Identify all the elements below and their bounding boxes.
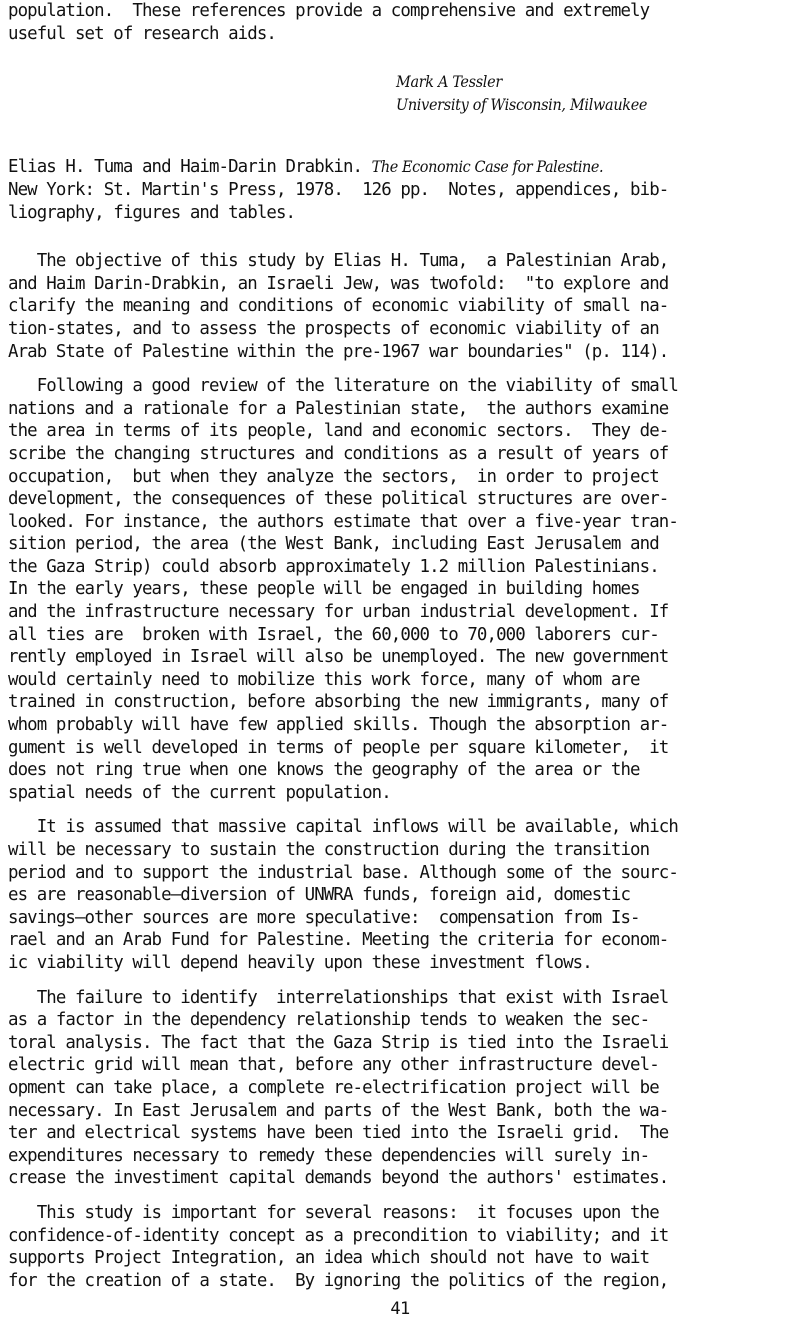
document-page: population. These references provide a c… [8,0,798,1292]
page-number: 41 [0,1299,800,1319]
text-line: and the infrastructure necessary for urb… [8,601,798,624]
text-line: the Gaza Strip) could absorb approximate… [8,556,798,579]
text-line: trained in construction, before absorbin… [8,691,798,714]
text-line: In the early years, these people will be… [8,578,798,601]
review-paragraph-1: The objective of this study by Elias H. … [8,250,798,363]
text-line: confidence-of-identity concept as a prec… [8,1225,798,1248]
text-line: ter and electrical systems have been tie… [8,1122,798,1145]
text-line: rael and an Arab Fund for Palestine. Mee… [8,929,798,952]
text-line: es are reasonable—diversion of UNWRA fun… [8,884,798,907]
text-line: expenditures necessary to remedy these d… [8,1145,798,1168]
text-line: spatial needs of the current population. [8,782,798,805]
review-paragraph-5: This study is important for several reas… [8,1202,798,1292]
text-line: and Haim Darin-Drabkin, an Israeli Jew, … [8,273,798,296]
text-line: rently employed in Israel will also be u… [8,646,798,669]
text-line: gument is well developed in terms of peo… [8,737,798,760]
citation-authors: Elias H. Tuma and Haim-Darin Drabkin. [8,157,372,177]
previous-review-ending: population. These references provide a c… [8,0,798,45]
text-line: This study is important for several reas… [8,1202,798,1225]
review-paragraph-4: The failure to identify interrelationshi… [8,987,798,1190]
text-line: would certainly need to mobilize this wo… [8,669,798,692]
text-line: Arab State of Palestine within the pre-1… [8,341,798,364]
text-line: population. These references provide a c… [8,0,798,23]
text-line: necessary. In East Jerusalem and parts o… [8,1100,798,1123]
citation-line: Elias H. Tuma and Haim-Darin Drabkin. Th… [8,156,798,179]
citation-line: New York: St. Martin's Press, 1978. 126 … [8,179,798,202]
text-line: does not ring true when one knows the ge… [8,759,798,782]
text-line: whom probably will have few applied skil… [8,714,798,737]
book-title: The Economic Case for Palestine. [372,157,604,176]
text-line: ic viability will depend heavily upon th… [8,952,798,975]
text-line: scribe the changing structures and condi… [8,443,798,466]
text-line: for the creation of a state. By ignoring… [8,1270,798,1293]
text-line: savings—other sources are more speculati… [8,907,798,930]
text-line: clarify the meaning and conditions of ec… [8,295,798,318]
review-paragraph-2: Following a good review of the literatur… [8,375,798,804]
text-line: the area in terms of its people, land an… [8,420,798,443]
text-line: occupation, but when they analyze the se… [8,466,798,489]
text-line: toral analysis. The fact that the Gaza S… [8,1032,798,1055]
text-line: supports Project Integration, an idea wh… [8,1247,798,1270]
text-line: sition period, the area (the West Bank, … [8,533,798,556]
review-paragraph-3: It is assumed that massive capital inflo… [8,816,798,974]
text-line: The failure to identify interrelationshi… [8,987,798,1010]
reviewer-affiliation: University of Wisconsin, Milwaukee [396,94,798,117]
text-line: nations and a rationale for a Palestinia… [8,398,798,421]
reviewer-name: Mark A Tessler [396,71,798,94]
reviewer-signature: Mark A Tessler University of Wisconsin, … [8,71,798,116]
text-line: as a factor in the dependency relationsh… [8,1009,798,1032]
text-line: all ties are broken with Israel, the 60,… [8,624,798,647]
text-line: opment can take place, a complete re-ele… [8,1077,798,1100]
text-line: looked. For instance, the authors estima… [8,511,798,534]
book-citation: Elias H. Tuma and Haim-Darin Drabkin. Th… [8,156,798,224]
text-line: period and to support the industrial bas… [8,862,798,885]
text-line: The objective of this study by Elias H. … [8,250,798,273]
text-line: It is assumed that massive capital inflo… [8,816,798,839]
text-line: crease the investiment capital demands b… [8,1167,798,1190]
text-line: development, the consequences of these p… [8,488,798,511]
text-line: useful set of research aids. [8,23,798,46]
citation-line: liography, figures and tables. [8,202,798,225]
text-line: tion-states, and to assess the prospects… [8,318,798,341]
text-line: electric grid will mean that, before any… [8,1054,798,1077]
text-line: Following a good review of the literatur… [8,375,798,398]
text-line: will be necessary to sustain the constru… [8,839,798,862]
